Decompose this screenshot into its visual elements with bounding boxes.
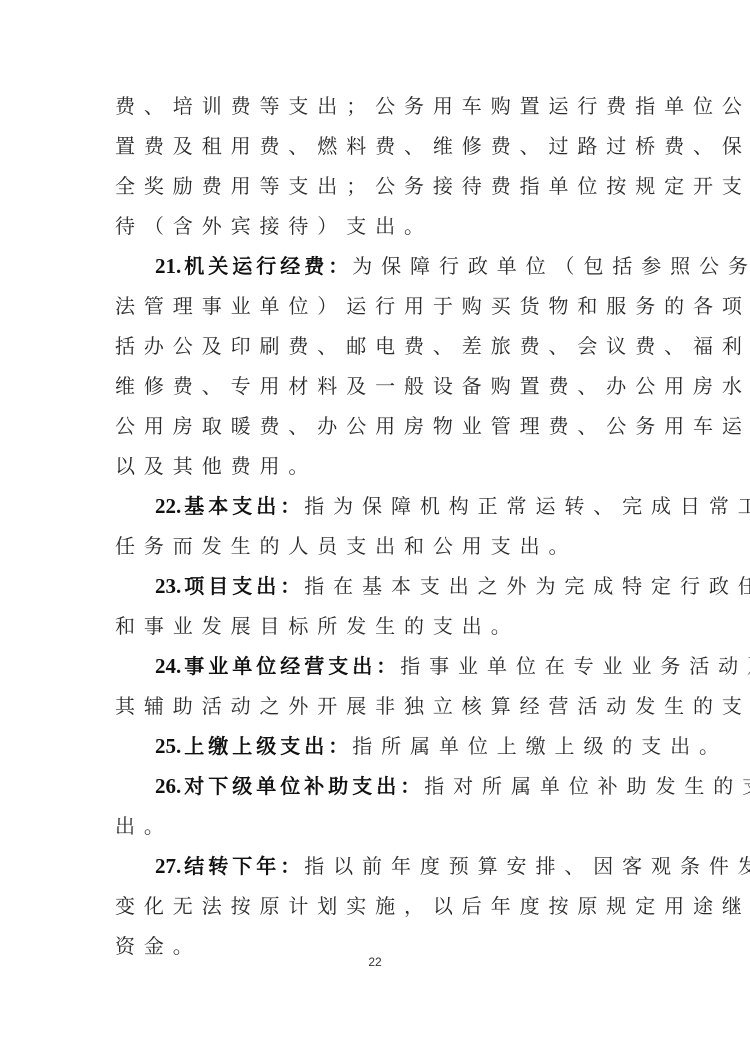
text-line: 待（含外宾接待）支出。 bbox=[115, 206, 637, 246]
item-term: 机关运行经费： bbox=[184, 254, 352, 278]
item-term: 结转下年： bbox=[184, 854, 304, 878]
text-line: 任务而发生的人员支出和公用支出。 bbox=[115, 526, 637, 566]
item-term: 项目支出： bbox=[184, 574, 304, 598]
definition-item-23: 23.项目支出：指在基本支出之外为完成特定行政任务 bbox=[115, 566, 637, 606]
document-page: 费、培训费等支出；公务用车购置运行费指单位公务用车购 置费及租用费、燃料费、维修… bbox=[0, 0, 750, 1060]
text-line: 维修费、专用材料及一般设备购置费、办公用房水电费、办 bbox=[115, 366, 637, 406]
item-number: 25. bbox=[155, 734, 181, 758]
item-text: 为保障行政单位（包括参照公务员 bbox=[352, 254, 750, 278]
text-line: 变化无法按原计划实施，以后年度按原规定用途继续使用的 bbox=[115, 886, 637, 926]
item-number: 22. bbox=[155, 494, 181, 518]
item-text: 指为保障机构正常运转、完成日常工作 bbox=[304, 494, 750, 518]
item-number: 21. bbox=[155, 254, 181, 278]
definition-item-27: 27.结转下年：指以前年度预算安排、因客观条件发生 bbox=[115, 846, 637, 886]
item-number: 26. bbox=[155, 774, 181, 798]
item-term: 基本支出： bbox=[184, 494, 304, 518]
item-text: 指对所属单位补助发生的支 bbox=[424, 774, 750, 798]
definition-item-22: 22.基本支出：指为保障机构正常运转、完成日常工作 bbox=[115, 486, 637, 526]
text-line: 公用房取暖费、办公用房物业管理费、公务用车运行维护费 bbox=[115, 406, 637, 446]
item-term: 上缴上级支出： bbox=[184, 734, 352, 758]
item-term: 对下级单位补助支出： bbox=[184, 774, 424, 798]
definition-item-21: 21.机关运行经费：为保障行政单位（包括参照公务员 bbox=[115, 246, 637, 286]
item-number: 24. bbox=[155, 654, 181, 678]
item-number: 27. bbox=[155, 854, 181, 878]
page-number: 22 bbox=[0, 955, 750, 969]
definition-item-25: 25.上缴上级支出：指所属单位上缴上级的支出。 bbox=[115, 726, 637, 766]
text-line: 法管理事业单位）运行用于购买货物和服务的各项资金，包 bbox=[115, 286, 637, 326]
text-line: 出。 bbox=[115, 806, 637, 846]
text-line: 全奖励费用等支出；公务接待费指单位按规定开支的各类接 bbox=[115, 166, 637, 206]
text-line: 和事业发展目标所发生的支出。 bbox=[115, 606, 637, 646]
definition-item-26: 26.对下级单位补助支出：指对所属单位补助发生的支 bbox=[115, 766, 637, 806]
text-line: 以及其他费用。 bbox=[115, 446, 637, 486]
item-text: 指在基本支出之外为完成特定行政任务 bbox=[304, 574, 750, 598]
item-text: 指事业单位在专业业务活动及 bbox=[400, 654, 750, 678]
text-line: 置费及租用费、燃料费、维修费、过路过桥费、保险费、安 bbox=[115, 126, 637, 166]
definition-item-24: 24.事业单位经营支出：指事业单位在专业业务活动及 bbox=[115, 646, 637, 686]
page-body: 费、培训费等支出；公务用车购置运行费指单位公务用车购 置费及租用费、燃料费、维修… bbox=[115, 86, 637, 966]
text-line: 其辅助活动之外开展非独立核算经营活动发生的支出。 bbox=[115, 686, 637, 726]
item-text: 指以前年度预算安排、因客观条件发生 bbox=[304, 854, 750, 878]
text-line: 括办公及印刷费、邮电费、差旅费、会议费、福利费、日常 bbox=[115, 326, 637, 366]
item-text: 指所属单位上缴上级的支出。 bbox=[352, 734, 728, 758]
item-number: 23. bbox=[155, 574, 181, 598]
text-line: 费、培训费等支出；公务用车购置运行费指单位公务用车购 bbox=[115, 86, 637, 126]
item-term: 事业单位经营支出： bbox=[184, 654, 400, 678]
